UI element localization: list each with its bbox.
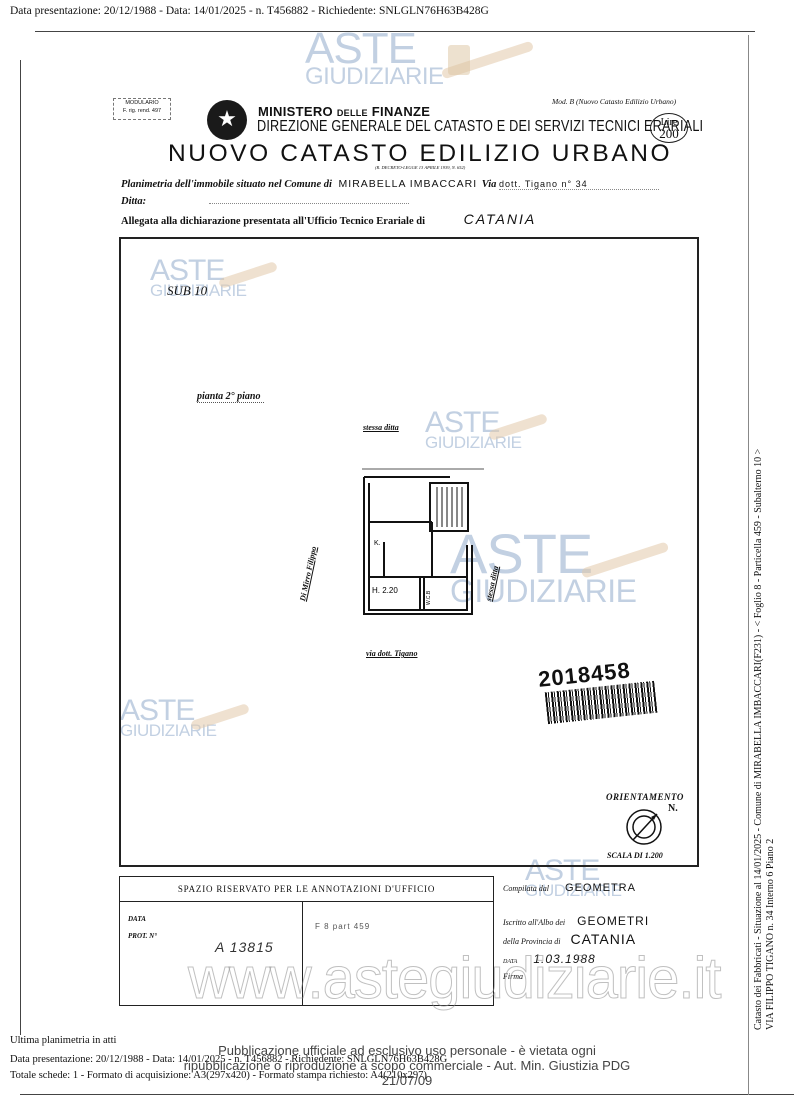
bottom-border-line [20,1094,794,1095]
room-kitchen-label: K. [374,540,381,547]
iscritto-value: GEOMETRI [577,914,649,928]
allegata-line: Allegata alla dichiarazione presentata a… [121,211,536,227]
document-title: NUOVO CATASTO EDILIZIO URBANO [168,140,672,168]
street-label-top: stessa ditta [363,423,399,432]
footer-ultima: Ultima planimetria in atti [10,1035,116,1046]
mod-b-label: Mod. B (Nuovo Catasto Edilizio Urbano) [552,97,676,106]
lire-stamp: Lire 200 [650,113,688,143]
site-watermark: www.astegiudiziarie.it [188,945,720,1012]
compilata-value: GEOMETRA [565,882,636,894]
ditta-line: Ditta: [121,196,409,207]
iscritto-line: Iscritto all'Albo dei GEOMETRI [503,914,649,928]
planimetria-line: Planimetria dell'immobile situato nel Co… [121,178,659,190]
data-label: DATA [128,915,146,923]
office-title: SPAZIO RISERVATO PER LE ANNOTAZIONI D'UF… [120,877,493,902]
direzione-heading: DIREZIONE GENERALE DEL CATASTO E DEI SER… [257,118,703,136]
italian-republic-emblem-icon: ★ [207,100,247,140]
comune-value: MIRABELLA IMBACCARI [339,178,478,190]
publication-notice: Pubblicazione ufficiale ad esclusivo uso… [172,1043,642,1088]
compilata-line: Compilata dal GEOMETRA [503,882,636,894]
north-label: N. [668,803,678,814]
watermark-logo-top: ASTE GIUDIZIARIE [305,30,444,88]
decreto-reference: (R. DECRETO-LEGGE 13 APRILE 1939, N. 652… [375,165,465,170]
ufficio-value: CATANIA [464,211,537,227]
floor-plan: K. H. 2.20 W.C.B [362,467,484,624]
office-note-value: F 8 part 459 [315,922,370,931]
floor-label: pianta 2° piano [197,391,264,403]
compass-icon [625,808,663,846]
side-cadastral-info: Catasto dei Fabbricati - Situazione al 1… [745,410,777,1030]
prot-label: PROT. N° [128,932,157,940]
barcode: 2018458 [537,655,657,725]
via-value: dott. Tigano n° 34 [499,179,659,190]
room-main-label: H. 2.20 [372,586,398,595]
street-label-bottom: via dott. Tigano [366,649,417,658]
ministry-name: MINISTERO DELLE FINANZE [258,104,430,119]
sub-label: SUB 10 [167,283,207,299]
left-border-line [20,60,21,1035]
room-wc-label: W.C.B [426,590,432,605]
scale-label: SCALA DI 1.200 [607,851,663,860]
modulario-stamp: MODULARIO F. rig. rend. 497 [113,98,171,120]
orientation-label: ORIENTAMENTO [606,792,684,802]
header-line: Data presentazione: 20/12/1988 - Data: 1… [10,5,489,17]
gavel-head-icon [448,45,470,75]
